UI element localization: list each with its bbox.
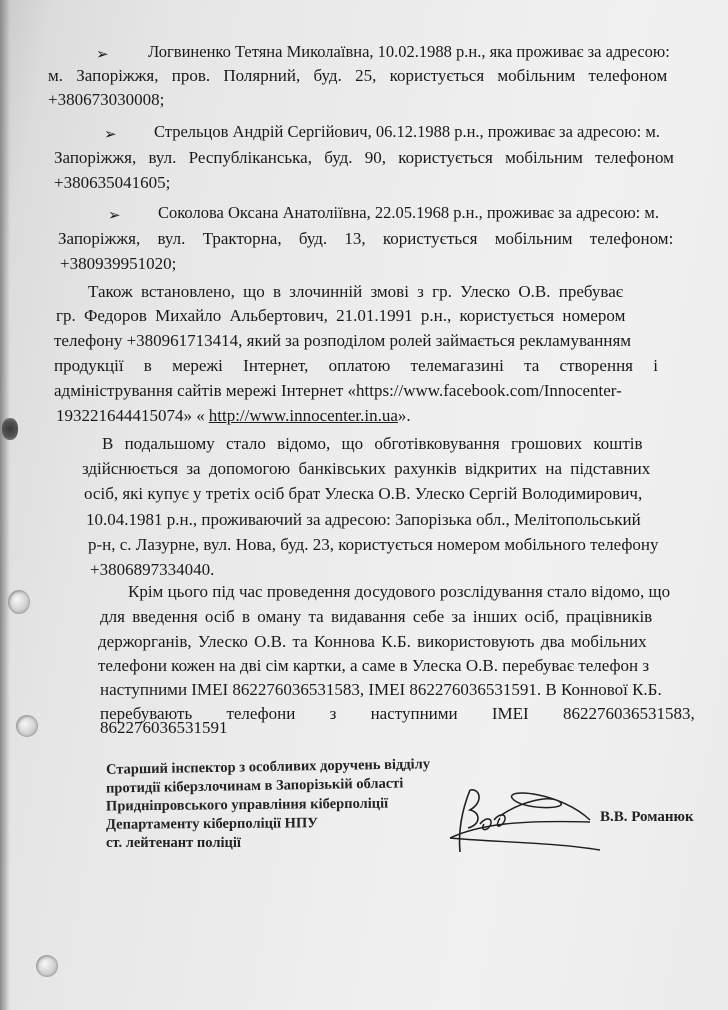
bullet-1-line-3: +380673030008; <box>48 90 164 110</box>
bullet-1-line-2: м. Запоріжжя, пров. Полярний, буд. 25, к… <box>48 66 667 86</box>
bullet-arrow-icon: ➢ <box>96 44 109 64</box>
para-2-line-6: +3806897334040. <box>90 560 214 580</box>
bullet-2-line-1: Стрельцов Андрій Сергійович, 06.12.1988 … <box>154 122 660 142</box>
para-3-line-1: Крім цього під час проведення досудового… <box>128 582 670 602</box>
para-2-line-4: 10.04.1981 р.н., проживаючий за адресою:… <box>86 510 641 530</box>
bullet-1-line-1: Логвиненко Тетяна Миколаївна, 10.02.1988… <box>148 42 670 62</box>
punch-hole <box>16 715 38 737</box>
quote-close: ». <box>398 406 411 425</box>
bullet-2-line-2: Запоріжжя, вул. Республіканська, буд. 90… <box>54 148 674 168</box>
bullet-3-line-3: +380939951020; <box>60 254 176 274</box>
signature-title-line-4: Департаменту кіберполіції НПУ <box>106 814 318 834</box>
para-2-line-3: осіб, які купує у третіх осіб брат Улеск… <box>84 484 642 504</box>
para-2-line-2: здійснюється за допомогою банківських ра… <box>82 459 650 479</box>
signature-title-line-5: ст. лейтенант поліції <box>106 834 241 853</box>
para-2-line-1: В подальшому стало відомо, що обготівков… <box>102 434 643 454</box>
punch-hole <box>36 955 58 977</box>
para-2-line-5: р-н, с. Лазурне, вул. Нова, буд. 23, кор… <box>88 535 658 555</box>
paper-stain <box>2 418 18 440</box>
para-3-line-3: держорганів, Улеско О.В. та Коннова К.Б.… <box>98 632 647 652</box>
para-1-line-5: адміністрування сайтів мережі Інтернет «… <box>54 381 622 401</box>
bullet-arrow-icon: ➢ <box>108 205 121 225</box>
para-1-line-6: 193221644415074» «http://www.innocenter.… <box>56 406 411 426</box>
handwritten-signature <box>440 780 600 860</box>
bullet-3-line-1: Соколова Оксана Анатоліївна, 22.05.1968 … <box>158 203 659 223</box>
punch-hole <box>8 590 30 614</box>
bullet-arrow-icon: ➢ <box>104 124 117 144</box>
para-3-line-2: для введення осіб в оману та видавання с… <box>100 607 652 627</box>
para-1-line-4: продукції в мережі Інтернет, оплатою тел… <box>54 356 658 376</box>
para-1-line-2: гр. Федоров Михайло Альбертович, 21.01.1… <box>56 306 625 326</box>
para-3-line-5: наступними IMEI 862276036531583, IMEI 86… <box>100 680 662 700</box>
para-1-line-3: телефону +380961713414, який за розподіл… <box>54 331 631 351</box>
bullet-3-line-2: Запоріжжя, вул. Тракторна, буд. 13, кори… <box>58 229 673 249</box>
para-3-line-4: телефони кожен на дві сім картки, а саме… <box>98 656 649 676</box>
para-3-line-7: 862276036531591 <box>100 718 228 738</box>
signatory-name: В.В. Романюк <box>600 809 694 826</box>
facebook-url-tail: 193221644415074» « <box>56 406 205 425</box>
para-1-line-1: Також встановлено, що в злочинній змові … <box>88 282 623 302</box>
bullet-2-line-3: +380635041605; <box>54 173 170 193</box>
signature-title-line-3: Придніпровського управління кіберполіції <box>106 795 388 817</box>
document-page: ➢ Логвиненко Тетяна Миколаївна, 10.02.19… <box>0 0 728 1010</box>
website-link[interactable]: http://www.innocenter.in.ua <box>209 406 398 425</box>
